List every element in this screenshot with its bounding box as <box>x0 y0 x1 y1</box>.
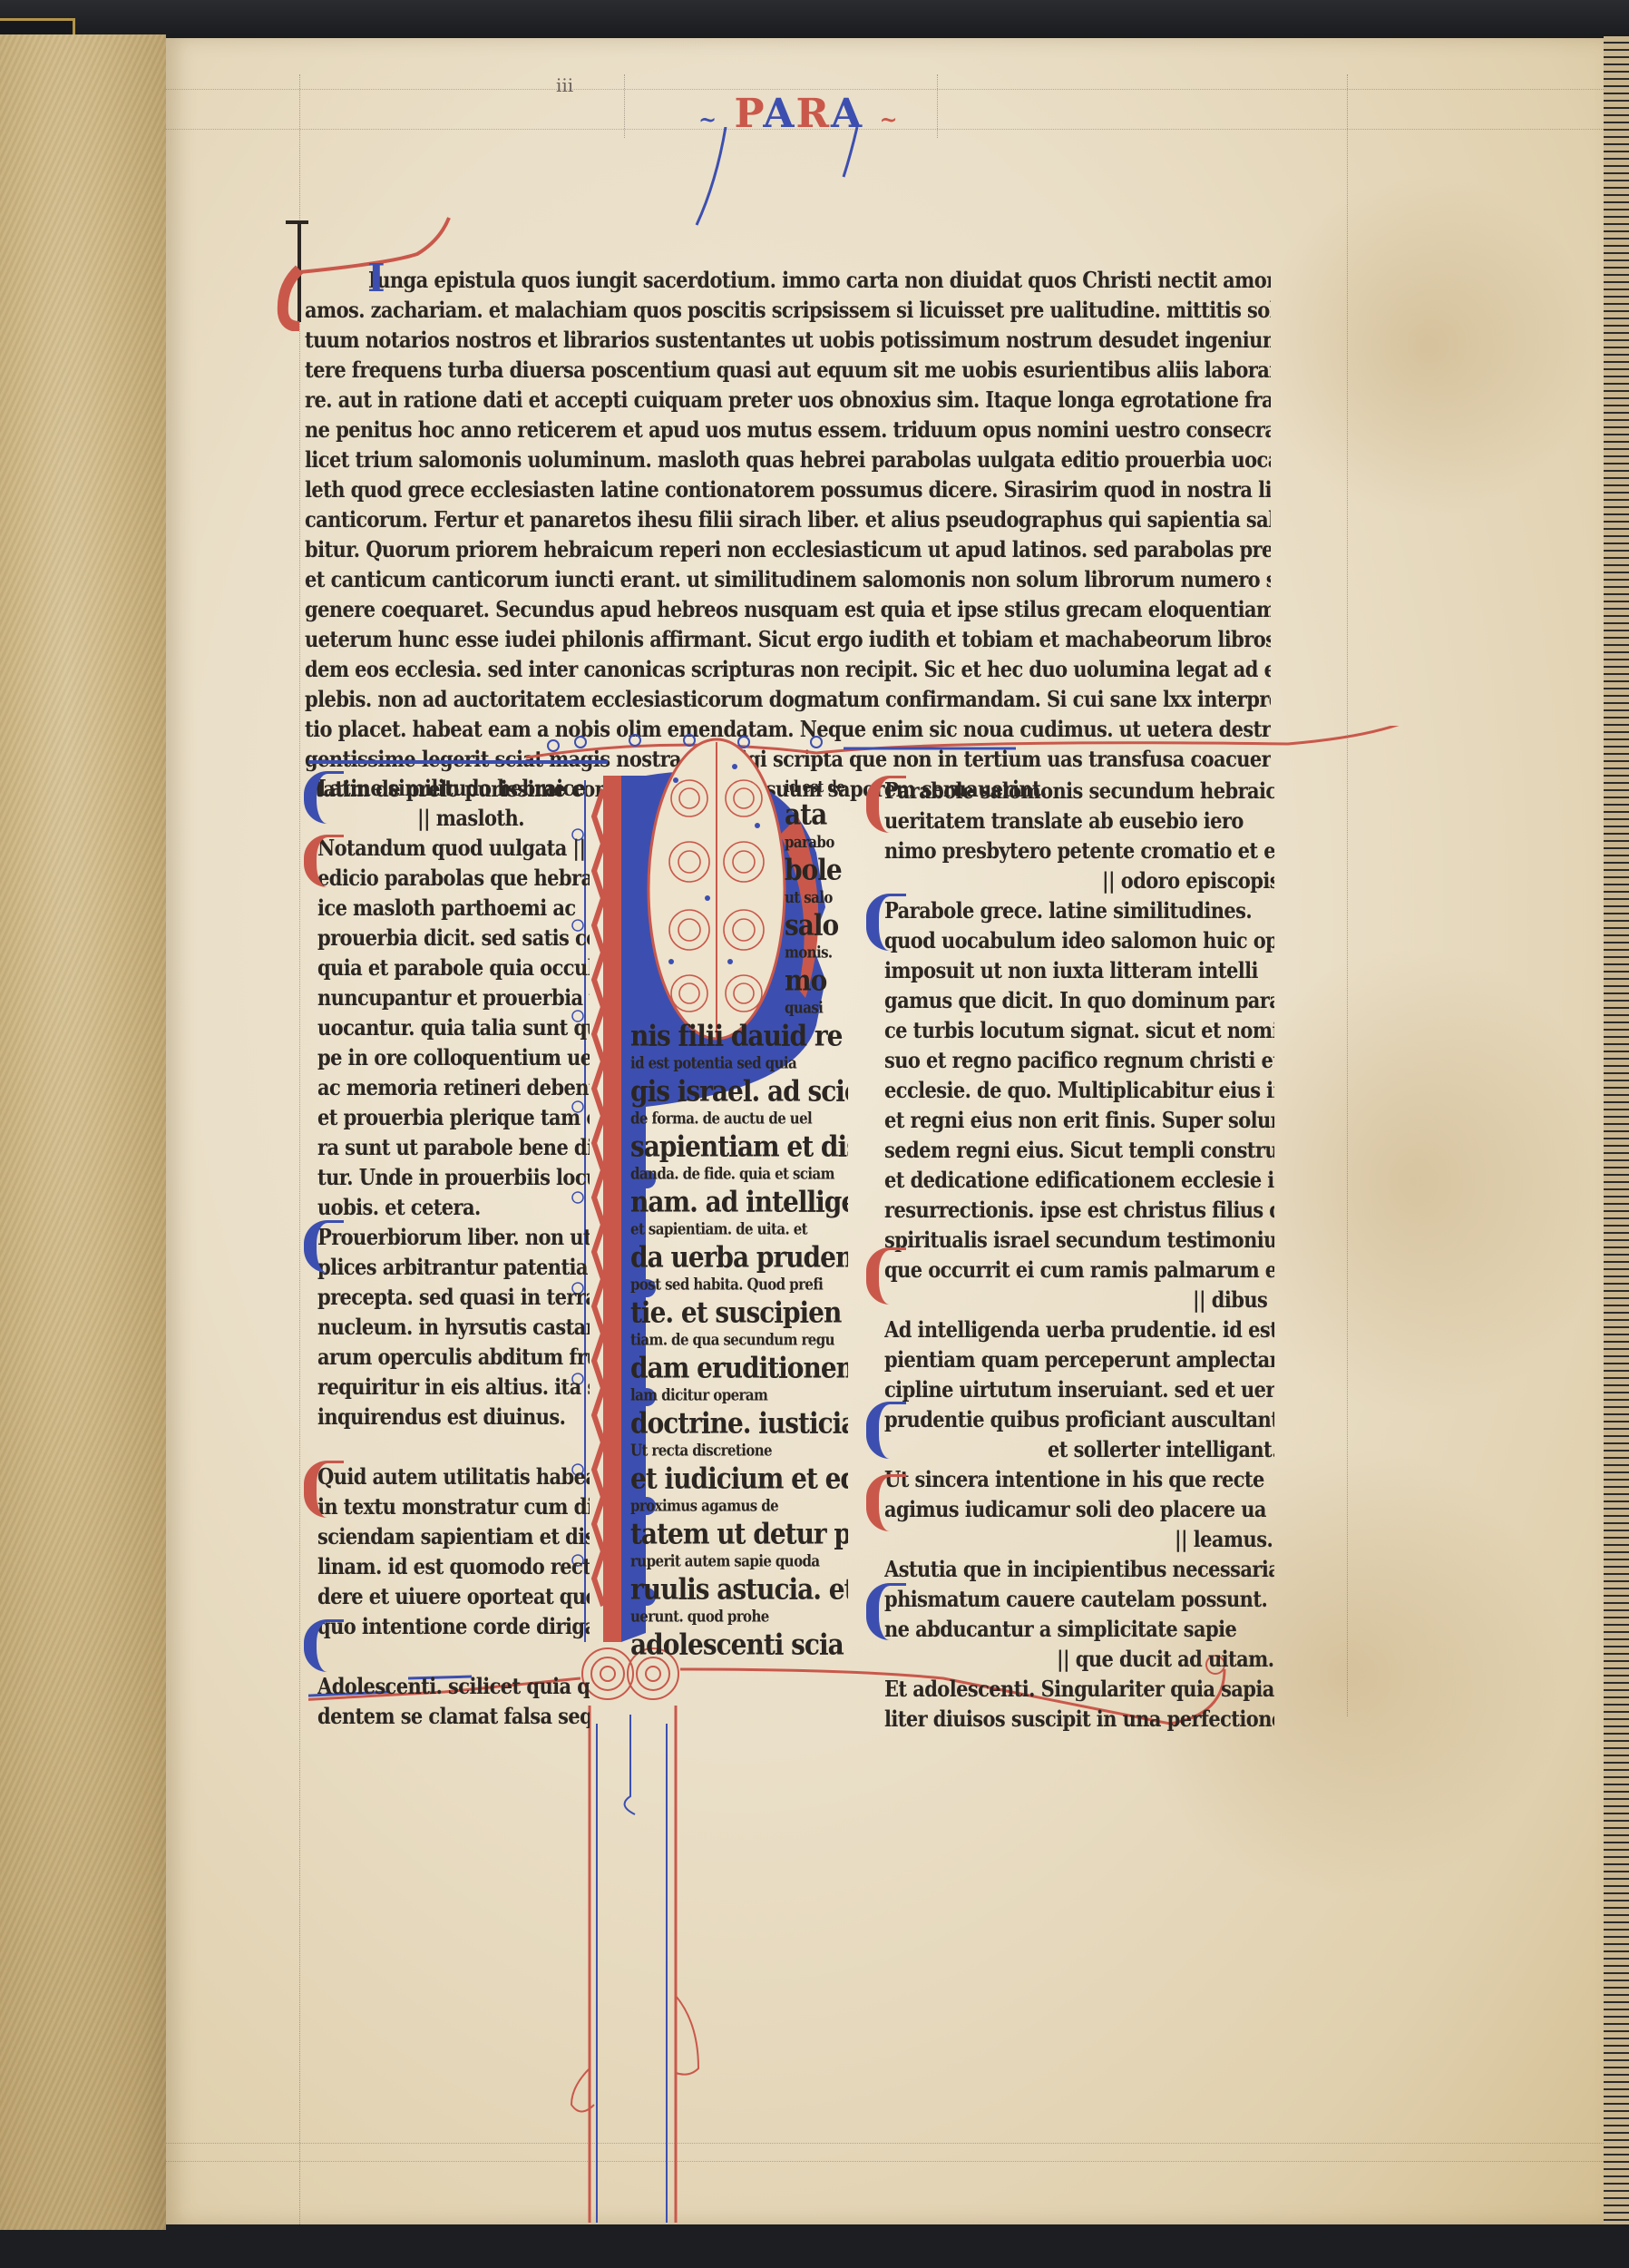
text-line: dam eruditionem <box>630 1348 848 1387</box>
leather-binding <box>0 34 166 2230</box>
text-line: salo <box>630 905 848 944</box>
prologue-text: Iunga epistula quos iungit sacerdotium. … <box>305 265 1271 804</box>
text-line: nam. ad intellige <box>630 1182 848 1221</box>
paragraph-mark-red <box>304 1461 344 1518</box>
scan-top-band <box>0 0 1629 38</box>
prologue-blue-initial: I <box>367 256 385 300</box>
paragraph-mark-blue <box>866 1583 906 1640</box>
biblical-text-column: id est de ata parabo bole ut salo salo m… <box>630 776 848 1661</box>
paragraph-mark-red <box>866 1247 906 1305</box>
paragraph-mark-blue <box>866 1402 906 1459</box>
paragraph-mark-red <box>866 1474 906 1531</box>
text-line: sapientiam et discipli <box>630 1127 848 1166</box>
text-line: tatem ut detur pa <box>630 1514 848 1553</box>
binding-gilt-clasp <box>0 18 75 35</box>
paragraph-mark-red <box>866 776 906 833</box>
text-line: et iudicium et equi <box>630 1459 848 1498</box>
text-line: mo <box>630 961 848 1000</box>
gloss-line: liter diuisos suscipit in una perfection… <box>884 1702 1274 1734</box>
text-line: doctrine. iusticiam <box>630 1403 848 1442</box>
paragraph-mark-red <box>304 835 344 887</box>
text-line: da uerba pruden <box>630 1237 848 1276</box>
left-gloss-column: Latine similitudo hebraice || masloth. N… <box>317 773 590 1731</box>
paragraph-mark-blue <box>866 894 906 951</box>
right-gloss-column: Parabole salomonis secundum hebraicam ue… <box>884 776 1274 1734</box>
text-line: gis israel. ad sciendam <box>630 1071 848 1110</box>
text-line: tie. et suscipien <box>630 1293 848 1332</box>
paragraph-mark-blue <box>304 1220 344 1273</box>
water-stain <box>1254 174 1599 519</box>
text-line: ata <box>630 795 848 834</box>
ruling-line <box>166 89 1604 90</box>
text-line: bole <box>630 850 848 889</box>
text-line: nis filii dauid re <box>630 1016 848 1055</box>
text-line: adolescenti scia <box>630 1625 848 1661</box>
title-flourish <box>689 127 925 236</box>
text-line: ruulis astucia. et <box>630 1569 848 1608</box>
ruling-line <box>299 74 300 2224</box>
gloss-line: dentem se clamat falsa sequitur <box>317 1699 590 1731</box>
folio-mark: iii <box>556 74 573 96</box>
paragraph-mark-blue <box>304 1619 344 1672</box>
paragraph-mark-blue <box>304 771 344 824</box>
